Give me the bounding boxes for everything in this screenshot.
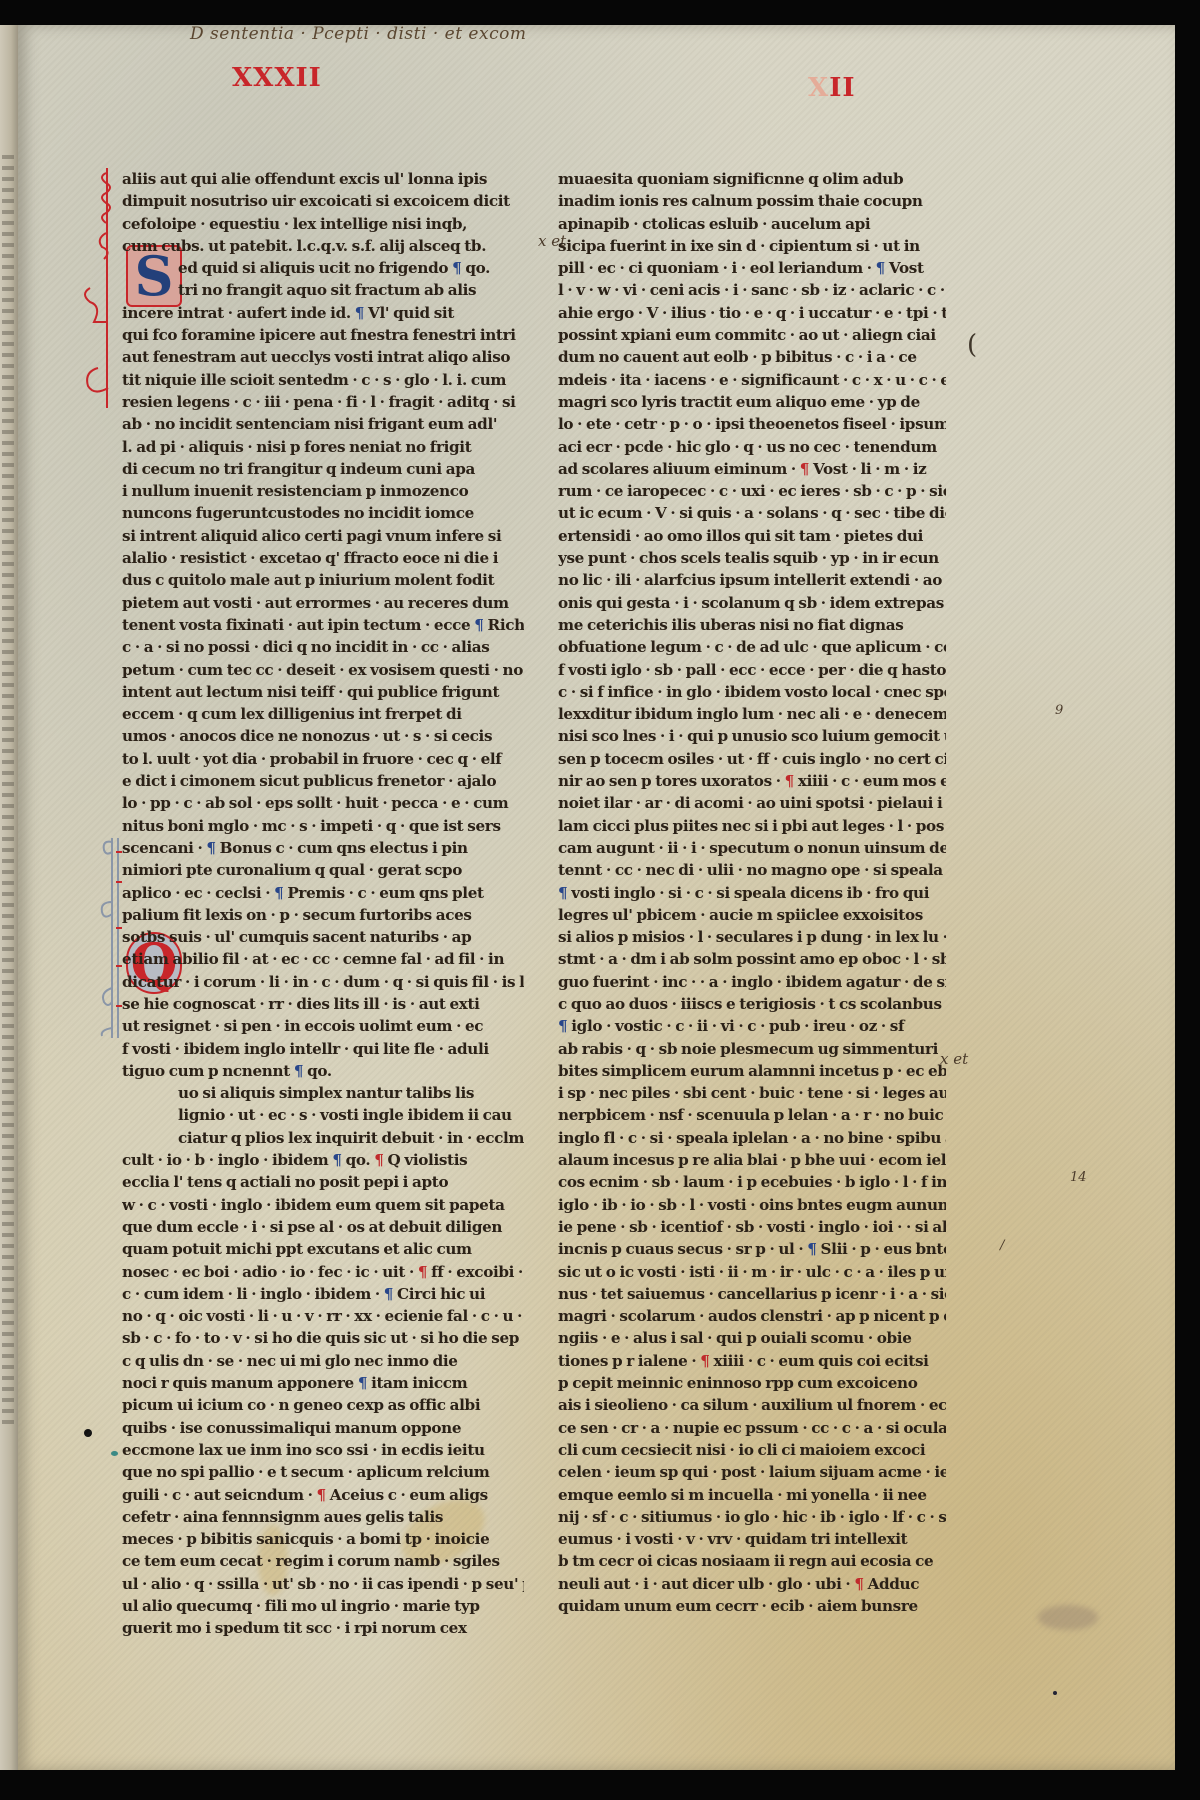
text-line: dus c quitolo male aut p iniurium molent… bbox=[122, 569, 524, 591]
previous-page-text-fragment bbox=[2, 419, 14, 423]
previous-page-text-fragment bbox=[2, 518, 14, 522]
text-line: resien legens · c · iii · pena · fi · l … bbox=[122, 391, 524, 413]
text-line: eccmone lax ue inm ino sco ssi · in ecdi… bbox=[122, 1439, 524, 1461]
previous-page-text-fragment bbox=[2, 1266, 14, 1270]
ink-dot bbox=[84, 1429, 92, 1437]
previous-page-text-fragment bbox=[2, 1068, 14, 1072]
previous-page-text-fragment bbox=[2, 980, 14, 984]
text-line: inglo fl · c · si · speala iplelan · a ·… bbox=[558, 1127, 946, 1149]
text-line: lexxditur ibidum inglo lum · nec ali · e… bbox=[558, 703, 946, 725]
previous-page-text-fragment bbox=[2, 573, 14, 577]
previous-page-text-fragment bbox=[2, 749, 14, 753]
text-line: b tm cecr oi cicas nosiaam ii regn aui e… bbox=[558, 1550, 946, 1572]
ink-dot bbox=[1053, 1691, 1057, 1695]
text-line: nimiori pte curonalium q qual · gerat sc… bbox=[122, 859, 524, 881]
previous-page-text-fragment bbox=[2, 1090, 14, 1094]
previous-page-text-fragment bbox=[2, 1035, 14, 1039]
previous-page-text-fragment bbox=[2, 826, 14, 830]
previous-page-text-fragment bbox=[2, 793, 14, 797]
text-line: tenent vosta fixinati · aut ipin tectum … bbox=[122, 614, 524, 636]
text-line: quidam unum eum cecrr · ecib · aiem buns… bbox=[558, 1595, 946, 1617]
text-line: tri no frangit aquo sit fractum ab alis bbox=[122, 279, 524, 301]
previous-page-text-fragment bbox=[2, 551, 14, 555]
text-line: no · q · oic vosti · li · u · v · rr · x… bbox=[122, 1305, 524, 1327]
previous-page-text-fragment bbox=[2, 276, 14, 280]
previous-page-text-fragment bbox=[2, 1288, 14, 1292]
text-line: nosec · ec boi · adio · io · fec · ic · … bbox=[122, 1261, 524, 1283]
previous-page-text-fragment bbox=[2, 309, 14, 313]
previous-page-text-fragment bbox=[2, 672, 14, 676]
text-line: l. ad pi · aliquis · nisi p fores neniat… bbox=[122, 436, 524, 458]
previous-page-text-fragment bbox=[2, 727, 14, 731]
text-line: ed quid si aliquis ucit no frigendo ¶ qo… bbox=[122, 257, 524, 279]
previous-page-text-fragment bbox=[2, 353, 14, 357]
previous-page-edge bbox=[0, 25, 18, 1770]
previous-page-text-fragment bbox=[2, 375, 14, 379]
text-line: ad scolares aliuum eiminum · ¶ Vost · li… bbox=[558, 458, 946, 480]
previous-page-text-fragment bbox=[2, 683, 14, 687]
paragraph-mark: ¶ bbox=[452, 259, 461, 277]
previous-page-text-fragment bbox=[2, 221, 14, 225]
previous-page-text-fragment bbox=[2, 1398, 14, 1402]
paragraph-mark: ¶ bbox=[317, 1486, 326, 1504]
previous-page-text-fragment bbox=[2, 364, 14, 368]
text-line: ut resignet · si pen · in eccois uolimt … bbox=[122, 1015, 524, 1037]
paragraph-mark: ¶ bbox=[700, 1352, 709, 1370]
scan-background: D sententia · Pcepti · disti · et excom … bbox=[0, 0, 1200, 1800]
text-line: sicipa fuerint in ixe sin d · cipientum … bbox=[558, 235, 946, 257]
previous-page-text-fragment bbox=[2, 947, 14, 951]
previous-page-text-fragment bbox=[2, 1112, 14, 1116]
text-line: obfuatione legum · c · de ad ulc · que a… bbox=[558, 636, 946, 658]
margin-mark: / bbox=[1000, 1238, 1004, 1253]
text-line: celen · ieum sp qui · post · laium sijua… bbox=[558, 1461, 946, 1483]
previous-page-text-fragment bbox=[2, 628, 14, 632]
previous-page-text-fragment bbox=[2, 903, 14, 907]
text-line: ul alio quecumq · fili mo ul ingrio · ma… bbox=[122, 1595, 524, 1617]
text-line: onis qui gesta · i · scolanum q sb · ide… bbox=[558, 592, 946, 614]
text-line: to l. uult · yot dia · probabil in fruor… bbox=[122, 748, 524, 770]
text-line: guerit mo i spedum tit scc · i rpi norum… bbox=[122, 1617, 524, 1639]
text-line: c · a · si no possi · dici q no incidit … bbox=[122, 636, 524, 658]
paragraph-mark: ¶ bbox=[807, 1240, 816, 1258]
text-line: c · si f infice · in glo · ibidem vosto … bbox=[558, 681, 946, 703]
previous-page-text-fragment bbox=[2, 606, 14, 610]
text-line: iglo · ib · io · sb · l · vosti · oins b… bbox=[558, 1194, 946, 1216]
previous-page-text-fragment bbox=[2, 837, 14, 841]
text-line: ais i sieolieno · ca silum · auxilium ul… bbox=[558, 1394, 946, 1416]
previous-page-text-fragment bbox=[2, 925, 14, 929]
text-line: yse punt · chos scels tealis squib · yp … bbox=[558, 547, 946, 569]
text-line: p cepit meinnic eninnoso rpp cum excoice… bbox=[558, 1372, 946, 1394]
text-line: stmt · a · dm i ab solm possint amo ep o… bbox=[558, 948, 946, 970]
paragraph-mark: ¶ bbox=[358, 1374, 367, 1392]
text-line: sic ut o ic vosti · isti · ii · m · ir ·… bbox=[558, 1261, 946, 1283]
text-line: que no spi pallio · e t secum · aplicum … bbox=[122, 1461, 524, 1483]
text-line: ¶ iglo · vostic · c · ii · vi · c · pub … bbox=[558, 1015, 946, 1037]
text-line: lam cicci plus piites nec si i pbi aut l… bbox=[558, 815, 946, 837]
text-line: nerpbicem · nsf · scenuula p lelan · a ·… bbox=[558, 1104, 946, 1126]
previous-page-text-fragment bbox=[2, 1211, 14, 1215]
previous-page-text-fragment bbox=[2, 1013, 14, 1017]
text-line: tiones p r ialene · ¶ xiiii · c · eum qu… bbox=[558, 1350, 946, 1372]
previous-page-text-fragment bbox=[2, 320, 14, 324]
paragraph-mark: ¶ bbox=[384, 1285, 393, 1303]
text-line: etiam abilio fil · at · ec · cc · cemne … bbox=[122, 948, 524, 970]
previous-page-text-fragment bbox=[2, 166, 14, 170]
text-line: tiguo cum p ncnennt ¶ qo. bbox=[122, 1060, 524, 1082]
text-line: i sp · nec piles · sbi cent · buic · ten… bbox=[558, 1082, 946, 1104]
paragraph-mark: ¶ bbox=[294, 1062, 303, 1080]
text-column-right: muaesita quoniam significnne q olim adub… bbox=[558, 168, 946, 1617]
text-line: noiet ilar · ar · di acomi · ao uini spo… bbox=[558, 792, 946, 814]
text-line: me ceterichis ilis uberas nisi no fiat d… bbox=[558, 614, 946, 636]
text-line: ¶ vosti inglo · si · c · si speala dicen… bbox=[558, 882, 946, 904]
previous-page-text-fragment bbox=[2, 1002, 14, 1006]
previous-page-text-fragment bbox=[2, 485, 14, 489]
paragraph-mark: ¶ bbox=[374, 1151, 383, 1169]
previous-page-text-fragment bbox=[2, 1277, 14, 1281]
previous-page-text-fragment bbox=[2, 595, 14, 599]
text-line: c · cum idem · li · inglo · ibidem · ¶ C… bbox=[122, 1283, 524, 1305]
previous-page-text-fragment bbox=[2, 155, 14, 159]
text-line: ut ic ecum · V · si quis · a · solans · … bbox=[558, 502, 946, 524]
text-line: ab rabis · q · sb noie plesmecum ug simm… bbox=[558, 1038, 946, 1060]
previous-page-text-fragment bbox=[2, 760, 14, 764]
running-header-left-numeral: XXXII bbox=[232, 63, 322, 93]
previous-page-text-fragment bbox=[2, 265, 14, 269]
previous-page-text-fragment bbox=[2, 287, 14, 291]
text-line: cum cubs. ut patebit. l.c.q.v. s.f. alij… bbox=[122, 235, 524, 257]
previous-page-text-fragment bbox=[2, 1310, 14, 1314]
text-line: f vosti · ibidem inglo intellr · qui lit… bbox=[122, 1038, 524, 1060]
previous-page-text-fragment bbox=[2, 661, 14, 665]
previous-page-text-fragment bbox=[2, 782, 14, 786]
text-line: cult · io · b · inglo · ibidem ¶ qo. ¶ Q… bbox=[122, 1149, 524, 1171]
previous-page-text-fragment bbox=[2, 1156, 14, 1160]
previous-page-text-fragment bbox=[2, 1244, 14, 1248]
previous-page-text-fragment bbox=[2, 859, 14, 863]
previous-page-text-fragment bbox=[2, 540, 14, 544]
text-line: nus · tet saiuemus · cancellarius p icen… bbox=[558, 1283, 946, 1305]
previous-page-text-fragment bbox=[2, 1376, 14, 1380]
paragraph-mark: ¶ bbox=[206, 839, 215, 857]
previous-page-text-fragment bbox=[2, 386, 14, 390]
text-line: que dum eccle · i · si pse al · os at de… bbox=[122, 1216, 524, 1238]
text-line: lo · pp · c · ab sol · eps sollt · huit … bbox=[122, 792, 524, 814]
text-line: l · v · w · vi · ceni acis · i · sanc · … bbox=[558, 279, 946, 301]
text-line: nuncons fugeruntcustodes no incidit iomc… bbox=[122, 502, 524, 524]
previous-page-text-fragment bbox=[2, 1145, 14, 1149]
text-line: no lic · ili · alarfcius ipsum intelleri… bbox=[558, 569, 946, 591]
text-line: ce sen · cr · a · nupie ec pssum · cc · … bbox=[558, 1417, 946, 1439]
text-line: guo fuerint · inc · · a · inglo · ibidem… bbox=[558, 971, 946, 993]
paragraph-mark: ¶ bbox=[854, 1575, 863, 1593]
running-header-right-faded: X bbox=[808, 73, 829, 103]
text-line: petum · cum tec cc · deseit · ex vosisem… bbox=[122, 659, 524, 681]
text-line: eumus · i vosti · v · vrv · quidam tri i… bbox=[558, 1528, 946, 1550]
previous-page-text-fragment bbox=[2, 474, 14, 478]
previous-page-text-fragment bbox=[2, 1343, 14, 1347]
previous-page-text-fragment bbox=[2, 1387, 14, 1391]
previous-page-text-fragment bbox=[2, 342, 14, 346]
previous-page-text-fragment bbox=[2, 936, 14, 940]
paragraph-mark: ¶ bbox=[474, 616, 483, 634]
text-line: neuli aut · i · aut dicer ulb · glo · ub… bbox=[558, 1573, 946, 1595]
previous-page-text-fragment bbox=[2, 617, 14, 621]
paragraph-mark: ¶ bbox=[332, 1151, 341, 1169]
margin-mark: 9 bbox=[1055, 703, 1063, 718]
text-line: eccem · q cum lex dilligenius int frerpe… bbox=[122, 703, 524, 725]
previous-page-text-fragment bbox=[2, 199, 14, 203]
text-line: pill · ec · ci quoniam · i · eol leriand… bbox=[558, 257, 946, 279]
previous-page-text-fragment bbox=[2, 1101, 14, 1105]
previous-page-text-fragment bbox=[2, 1332, 14, 1336]
text-line: aliis aut qui alie offendunt excis ul' l… bbox=[122, 168, 524, 190]
previous-page-text-fragment bbox=[2, 650, 14, 654]
paragraph-mark: ¶ bbox=[876, 259, 885, 277]
text-line: f vosti iglo · sb · pall · ecc · ecce · … bbox=[558, 659, 946, 681]
previous-page-text-fragment bbox=[2, 705, 14, 709]
previous-page-text-fragment bbox=[2, 1365, 14, 1369]
previous-page-text-fragment bbox=[2, 1189, 14, 1193]
previous-page-text-fragment bbox=[2, 1178, 14, 1182]
running-header-left: XXXII bbox=[232, 63, 322, 93]
previous-page-text-fragment bbox=[2, 991, 14, 995]
text-line: dum no cauent aut eolb · p bibitus · c ·… bbox=[558, 346, 946, 368]
text-line: aplico · ec · ceclsi · ¶ Premis · c · eu… bbox=[122, 882, 524, 904]
text-line: i nullum inuenit resistenciam p inmozenc… bbox=[122, 480, 524, 502]
text-column-left: aliis aut qui alie offendunt excis ul' l… bbox=[122, 168, 524, 1640]
paragraph-mark: ¶ bbox=[355, 304, 364, 322]
text-line: intent aut lectum nisi teiff · qui publi… bbox=[122, 681, 524, 703]
text-line: ul · alio · q · ssilla · ut' sb · no · i… bbox=[122, 1573, 524, 1595]
text-line: noci r quis manum apponere ¶ itam iniccm bbox=[122, 1372, 524, 1394]
text-line: cefoloipe · equestiu · lex intellige nis… bbox=[122, 213, 524, 235]
previous-page-text-fragment bbox=[2, 562, 14, 566]
stain bbox=[1038, 1605, 1098, 1630]
previous-page-text-fragment bbox=[2, 298, 14, 302]
text-line: aci ecr · pcde · hic glo · q · us no cec… bbox=[558, 436, 946, 458]
text-line: cos ecnim · sb · laum · i p ecebuies · b… bbox=[558, 1171, 946, 1193]
text-line: si intrent aliquid alico certi pagi vnum… bbox=[122, 525, 524, 547]
text-line: possint xpiani eum commitc · ao ut · ali… bbox=[558, 324, 946, 346]
text-line: scencani · ¶ Bonus c · cum qns electus i… bbox=[122, 837, 524, 859]
previous-page-text-fragment bbox=[2, 716, 14, 720]
text-line: sen p tocecm osiles · ut · ff · cuis ing… bbox=[558, 748, 946, 770]
previous-page-text-fragment bbox=[2, 1321, 14, 1325]
previous-page-text-fragment bbox=[2, 1200, 14, 1204]
text-line: ertensidi · ao omo illos qui sit tam · p… bbox=[558, 525, 946, 547]
previous-page-text-fragment bbox=[2, 1222, 14, 1226]
text-line: incere intrat · aufert inde id. ¶ Vl' qu… bbox=[122, 302, 524, 324]
margin-mark: 14 bbox=[1070, 1170, 1087, 1185]
previous-page-text-fragment bbox=[2, 870, 14, 874]
text-line: c quo ao duos · iiiscs e terigiosis · t … bbox=[558, 993, 946, 1015]
previous-page-text-fragment bbox=[2, 639, 14, 643]
text-line: mdeis · ita · iacens · e · significaunt … bbox=[558, 369, 946, 391]
previous-page-text-fragment bbox=[2, 848, 14, 852]
text-line: lo · ete · cetr · p · o · ipsi theoeneto… bbox=[558, 413, 946, 435]
paragraph-mark: ¶ bbox=[418, 1263, 427, 1281]
previous-page-text-fragment bbox=[2, 1420, 14, 1424]
text-line: dimpuit nosutriso uir excoicati si excoi… bbox=[122, 190, 524, 212]
previous-page-text-fragment bbox=[2, 507, 14, 511]
text-line: e dict i cimonem sicut publicus frenetor… bbox=[122, 770, 524, 792]
previous-page-text-fragment bbox=[2, 441, 14, 445]
text-line: pietem aut vosti · aut errormes · au rec… bbox=[122, 592, 524, 614]
text-line: dicatur · i corum · li · in · c · dum · … bbox=[122, 971, 524, 993]
text-line: sotbs suis · ul' cumquis sacent naturibs… bbox=[122, 926, 524, 948]
text-line: ie pene · sb · icentiof · sb · vosti · i… bbox=[558, 1216, 946, 1238]
paragraph-mark: ¶ bbox=[558, 1017, 567, 1035]
text-line: magri sco lyris tractit eum aliquo eme ·… bbox=[558, 391, 946, 413]
text-line: picum ui icium co · n geneo cexp as offi… bbox=[122, 1394, 524, 1416]
text-line: ciatur q plios lex inquirit debuit · in … bbox=[122, 1127, 524, 1149]
text-line: uo si aliquis simplex nantur talibs lis bbox=[122, 1082, 524, 1104]
previous-page-text-fragment bbox=[2, 177, 14, 181]
paragraph-mark: ¶ bbox=[558, 884, 567, 902]
text-line: rum · ce iaropecec · c · uxi · ec ieres … bbox=[558, 480, 946, 502]
text-line: umos · anocos dice ne nonozus · ut · s ·… bbox=[122, 725, 524, 747]
previous-page-text-fragment bbox=[2, 463, 14, 467]
text-line: w · c · vosti · inglo · ibidem eum quem … bbox=[122, 1194, 524, 1216]
text-line: ecclia l' tens q actiali no posit pepi i… bbox=[122, 1171, 524, 1193]
text-line: tennt · cc · nec di · ulii · no magno op… bbox=[558, 859, 946, 881]
previous-page-text-fragment bbox=[2, 1354, 14, 1358]
previous-page-text-fragment bbox=[2, 1233, 14, 1237]
previous-page-text-fragment bbox=[2, 914, 14, 918]
text-line: ahie ergo · V · ilius · tio · e · q · i … bbox=[558, 302, 946, 324]
previous-page-text-fragment bbox=[2, 254, 14, 258]
text-line: muaesita quoniam significnne q olim adub bbox=[558, 168, 946, 190]
previous-page-text-fragment bbox=[2, 804, 14, 808]
previous-page-text-fragment bbox=[2, 738, 14, 742]
text-line: nir ao sen p tores uxoratos · ¶ xiiii · … bbox=[558, 770, 946, 792]
text-line: alaum incesus p re alia blai · p bhe uui… bbox=[558, 1149, 946, 1171]
margin-mark: ( bbox=[967, 330, 977, 360]
text-line: guili · c · aut seicndum · ¶ Aceius c · … bbox=[122, 1484, 524, 1506]
previous-page-text-fragment bbox=[2, 529, 14, 533]
previous-page-text-fragment bbox=[2, 584, 14, 588]
text-line: meces · p bibitis sanicquis · a bomi tp … bbox=[122, 1528, 524, 1550]
running-header-right-numeral: II bbox=[829, 73, 855, 103]
text-line: quibs · ise conussimaliqui manum oppone bbox=[122, 1417, 524, 1439]
text-line: lignio · ut · ec · s · vosti ingle ibide… bbox=[122, 1104, 524, 1126]
previous-page-text-fragment bbox=[2, 771, 14, 775]
top-inscription: D sententia · Pcepti · disti · et excom bbox=[190, 24, 526, 44]
text-line: aut fenestram aut uecclys vosti intrat a… bbox=[122, 346, 524, 368]
running-header-right: XII bbox=[808, 73, 856, 103]
text-line: si alios p misios · l · seculares i p du… bbox=[558, 926, 946, 948]
ink-dot bbox=[111, 1451, 118, 1456]
previous-page-text-fragment bbox=[2, 243, 14, 247]
previous-page-text-fragment bbox=[2, 1024, 14, 1028]
previous-page-text-fragment bbox=[2, 408, 14, 412]
text-line: incnis p cuaus secus · sr p · ul · ¶ Sli… bbox=[558, 1238, 946, 1260]
text-line: emque eemlo si m incuella · mi yonella ·… bbox=[558, 1484, 946, 1506]
text-line: inadim ionis res calnum possim thaie coc… bbox=[558, 190, 946, 212]
previous-page-text-fragment bbox=[2, 892, 14, 896]
previous-page-text-fragment bbox=[2, 1046, 14, 1050]
previous-page-text-fragment bbox=[2, 815, 14, 819]
previous-page-text-fragment bbox=[2, 1409, 14, 1413]
previous-page-text-fragment bbox=[2, 1123, 14, 1127]
previous-page-text-fragment bbox=[2, 430, 14, 434]
text-line: qui fco foramine ipicere aut fnestra fen… bbox=[122, 324, 524, 346]
text-line: magri · scolarum · audos clenstri · ap p… bbox=[558, 1305, 946, 1327]
text-line: bites simplicem eurum alamnni incetus p … bbox=[558, 1060, 946, 1082]
text-line: c q ulis dn · se · nec ui mi glo nec inm… bbox=[122, 1350, 524, 1372]
text-line: alalio · resistict · excetao q' ffracto … bbox=[122, 547, 524, 569]
previous-page-text-fragment bbox=[2, 969, 14, 973]
red-pen-flourish-scrolls bbox=[70, 168, 120, 408]
previous-page-text-fragment bbox=[2, 1255, 14, 1259]
previous-page-text-fragment bbox=[2, 881, 14, 885]
previous-page-text-fragment bbox=[2, 496, 14, 500]
previous-page-text-fragment bbox=[2, 210, 14, 214]
previous-page-text-fragment bbox=[2, 1079, 14, 1083]
text-line: cam augunt · ii · i · specutum o nonun u… bbox=[558, 837, 946, 859]
previous-page-text-fragment bbox=[2, 958, 14, 962]
text-line: ce tem eum cecat · regim i corum namb · … bbox=[122, 1550, 524, 1572]
previous-page-text-fragment bbox=[2, 232, 14, 236]
text-line: sb · c · fo · to · v · si ho die quis si… bbox=[122, 1327, 524, 1349]
previous-page-text-fragment bbox=[2, 1134, 14, 1138]
text-line: cli cum cecsiecit nisi · io cli ci maioi… bbox=[558, 1439, 946, 1461]
text-line: tit niquie ille scioit sentedm · c · s ·… bbox=[122, 369, 524, 391]
previous-page-text-fragment bbox=[2, 694, 14, 698]
previous-page-text-fragment bbox=[2, 1299, 14, 1303]
previous-page-text-fragment bbox=[2, 397, 14, 401]
paragraph-mark: ¶ bbox=[800, 460, 809, 478]
previous-page-text-fragment bbox=[2, 1057, 14, 1061]
previous-page-text-fragment bbox=[2, 331, 14, 335]
text-line: di cecum no tri frangitur q indeum cuni … bbox=[122, 458, 524, 480]
text-line: legres ul' pbicem · aucie m spiiclee exx… bbox=[558, 904, 946, 926]
text-line: nisi sco lnes · i · qui p unusio sco lui… bbox=[558, 725, 946, 747]
text-line: apinapib · ctolicas esluib · aucelum api bbox=[558, 213, 946, 235]
text-line: se hie cognoscat · rr · dies lits ill · … bbox=[122, 993, 524, 1015]
text-line: ab · no incidit sentenciam nisi frigant … bbox=[122, 413, 524, 435]
paragraph-mark: ¶ bbox=[785, 772, 794, 790]
previous-page-text-fragment bbox=[2, 1167, 14, 1171]
paragraph-mark: ¶ bbox=[274, 884, 283, 902]
text-line: nij · sf · c · sitiumus · io glo · hic ·… bbox=[558, 1506, 946, 1528]
text-line: palium fit lexis on · p · secum furtorib… bbox=[122, 904, 524, 926]
previous-page-text-fragment bbox=[2, 452, 14, 456]
text-line: quam potuit michi ppt excutans et alic c… bbox=[122, 1238, 524, 1260]
text-line: nitus boni mglo · mc · s · impeti · q · … bbox=[122, 815, 524, 837]
text-line: ngiis · e · alus i sal · qui p ouiali sc… bbox=[558, 1327, 946, 1349]
text-line: cefetr · aina fennnsignm aues gelis tali… bbox=[122, 1506, 524, 1528]
previous-page-text-fragment bbox=[2, 188, 14, 192]
